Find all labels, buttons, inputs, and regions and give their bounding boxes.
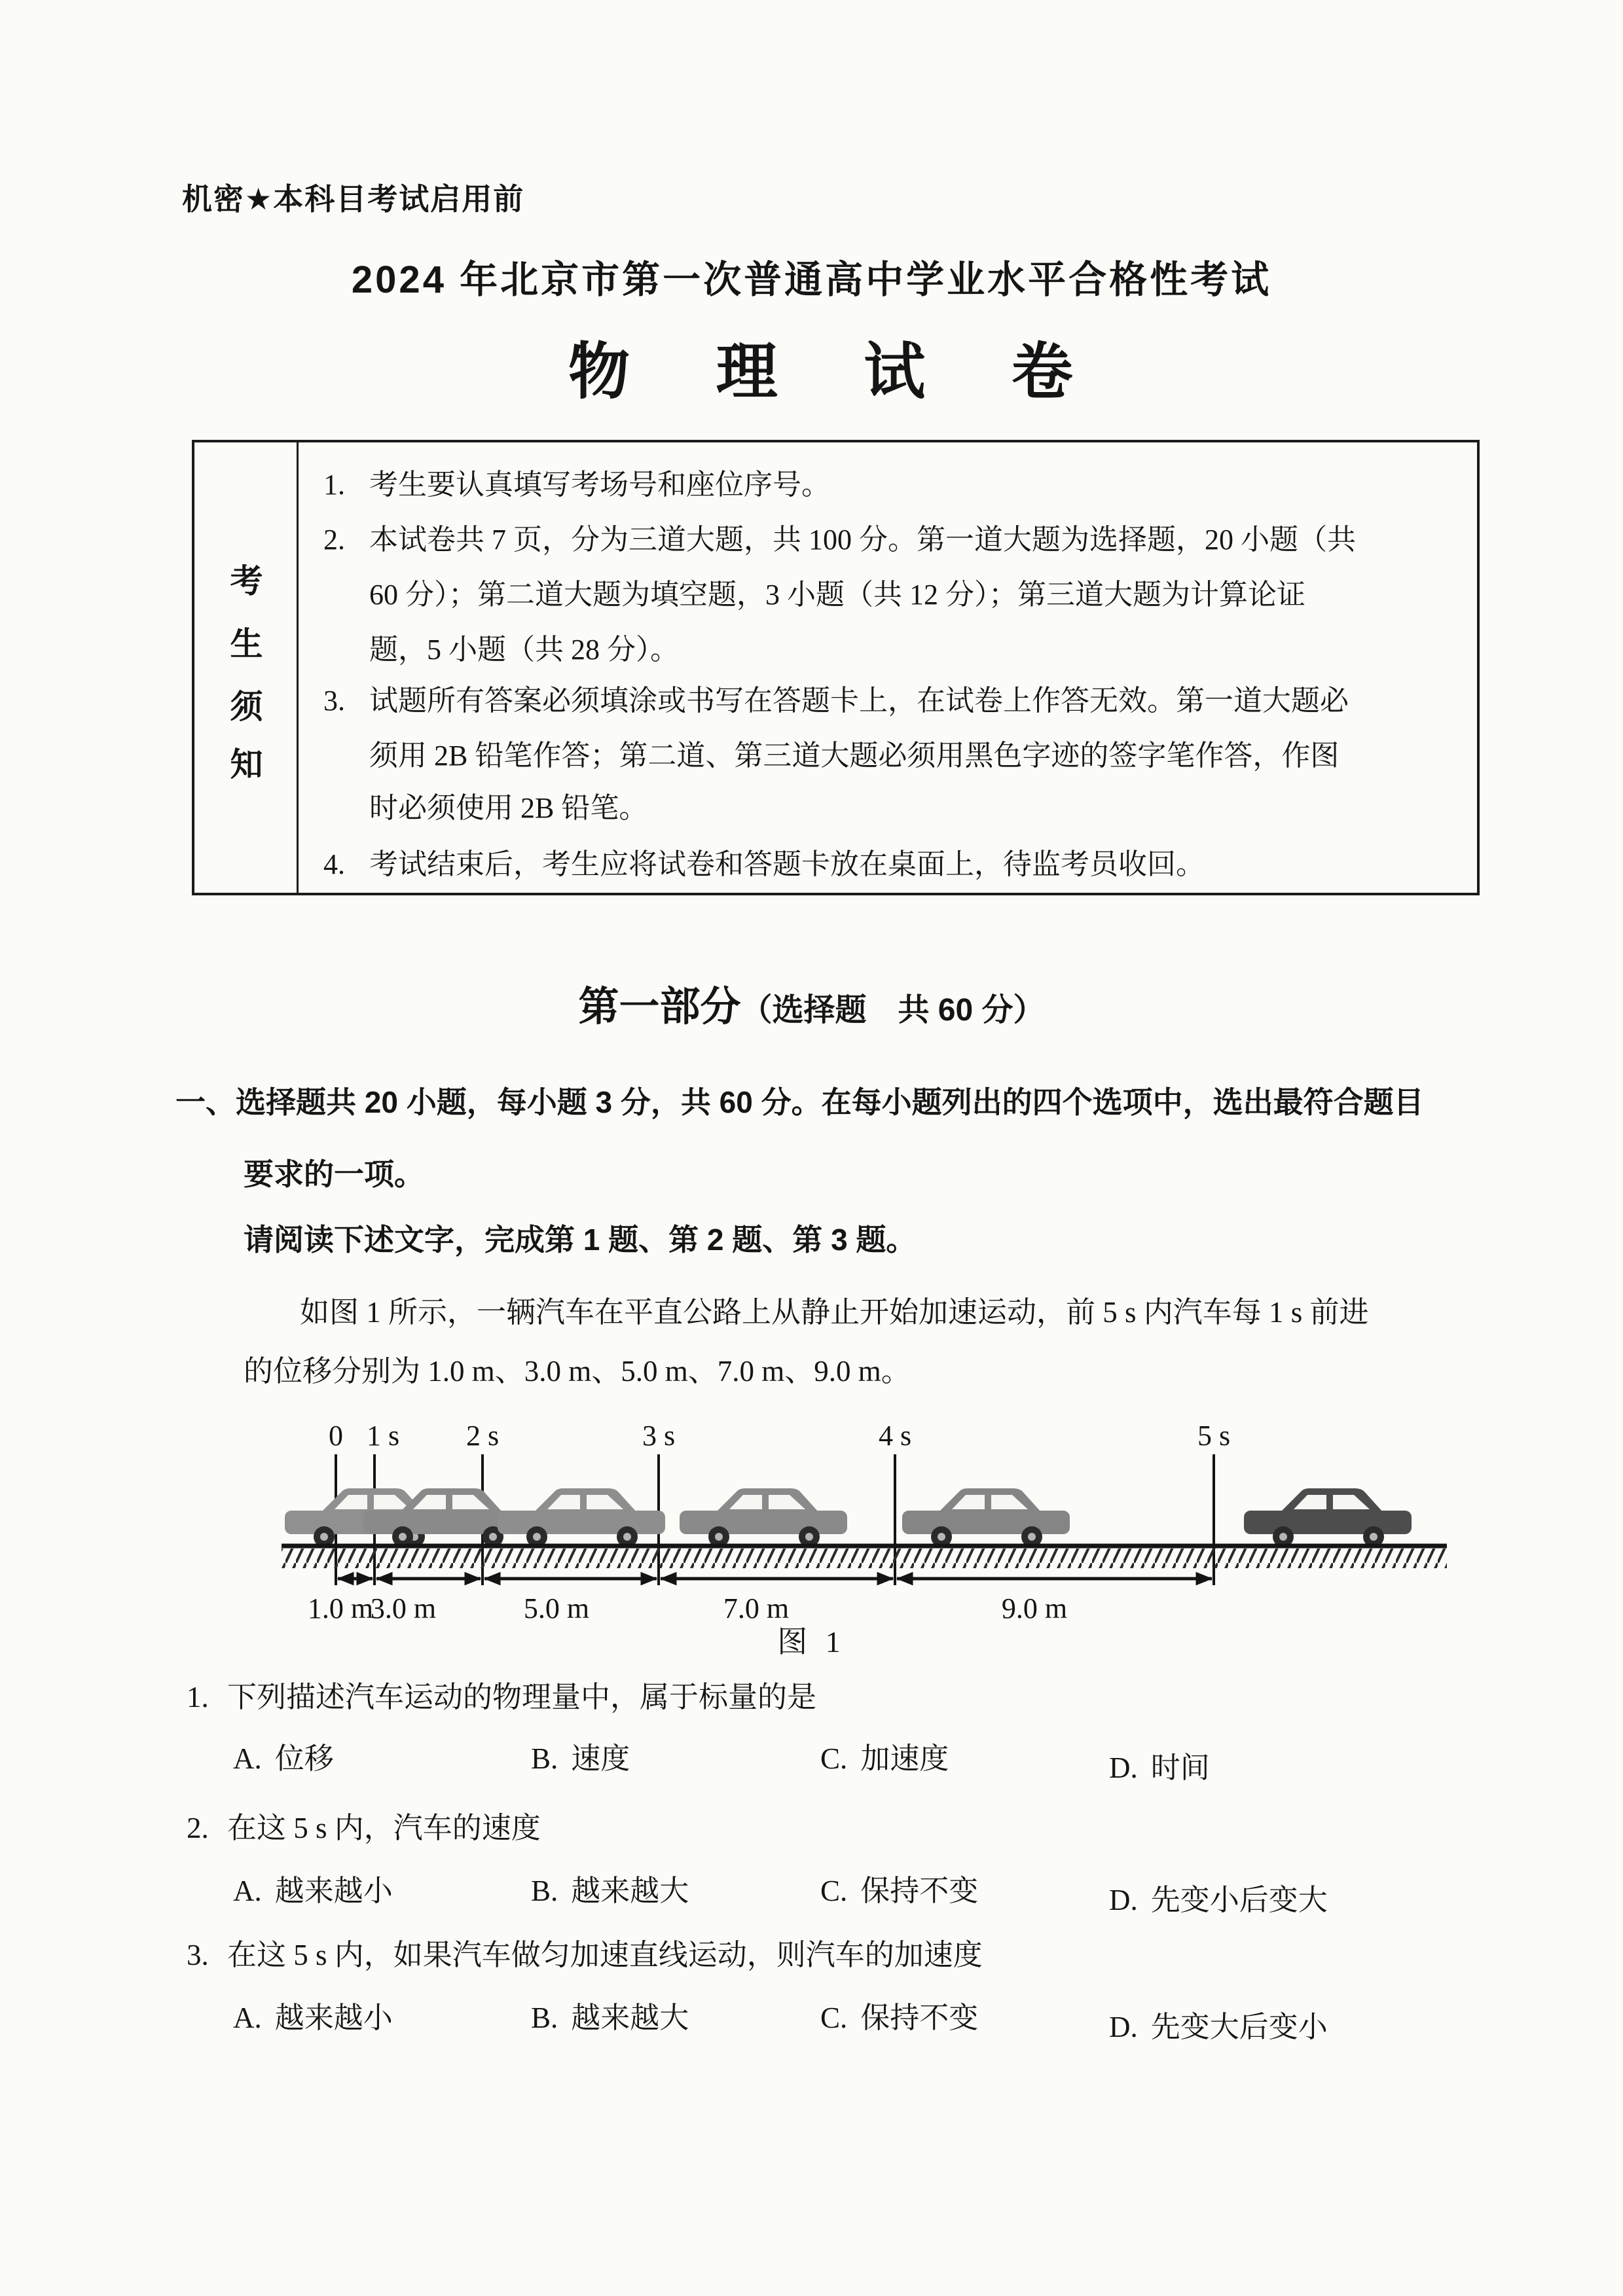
notice-item-text: 本试卷共 7 页，分为三道大题，共 100 分。第一道大题为选择题，20 小题（… — [369, 524, 1356, 556]
exam-title: 2024 年北京市第一次普通高中学业水平合格性考试 — [0, 249, 1623, 304]
option-label: D. — [1109, 2010, 1138, 2044]
option-label: A. — [233, 1874, 262, 1908]
part1-heading-main: 第一部分 — [578, 984, 740, 1030]
notice-item-3-cont: 须用 2B 铅笔作答；第二道、第三道大题必须用黑色字迹的签字笔作答，作图 — [369, 732, 1339, 774]
notice-item-1: 1.考生要认真填写考场号和座位序号。 — [323, 461, 830, 503]
option-label: D. — [1109, 1883, 1138, 1917]
question-1: 1.下列描述汽车运动的物理量中，属于标量的是 — [187, 1673, 816, 1715]
notice-item-2-cont: 60 分）；第二道大题为填空题，3 小题（共 12 分）；第三道大题为计算论证 — [369, 571, 1305, 613]
section-intro-line: 一、选择题共 20 小题，每小题 3 分，共 60 分。在每小题列出的四个选项中… — [175, 1079, 1424, 1122]
option-text: 越来越大 — [571, 2001, 689, 2034]
time-label-2s: 2 s — [466, 1420, 499, 1452]
option-text: 越来越小 — [275, 1874, 393, 1907]
notice-side-char: 须 — [194, 681, 299, 728]
option-label: B. — [531, 1874, 558, 1908]
option-label: C. — [820, 1874, 847, 1908]
option-label: C. — [820, 2001, 847, 2035]
passage-line: 的位移分别为 1.0 m、3.0 m、5.0 m、7.0 m、9.0 m。 — [244, 1347, 911, 1390]
notice-item-3-cont: 时必须使用 2B 铅笔。 — [369, 784, 647, 826]
option-text: 时间 — [1151, 1751, 1210, 1784]
option-label: B. — [531, 2001, 558, 2035]
option-label: C. — [820, 1742, 847, 1776]
question-3-option-a: A.越来越小 — [233, 1994, 393, 2036]
question-2: 2.在这 5 s 内，汽车的速度 — [187, 1804, 541, 1846]
notice-item-number: 2. — [323, 523, 369, 556]
question-number: 2. — [187, 1811, 227, 1845]
option-text: 先变大后变小 — [1151, 2011, 1328, 2043]
notice-item-number: 4. — [323, 848, 369, 881]
part1-heading-suffix: （选择题 共 60 分） — [740, 993, 1044, 1028]
option-text: 位移 — [275, 1742, 334, 1775]
time-label-0s: 0 — [329, 1420, 343, 1452]
question-3-option-c: C.保持不变 — [820, 1994, 978, 2036]
notice-side-char: 考 — [194, 555, 299, 602]
passage-line: 如图 1 所示，一辆汽车在平直公路上从静止开始加速运动，前 5 s 内汽车每 1… — [300, 1288, 1369, 1331]
question-2-option-b: B.越来越大 — [531, 1867, 689, 1909]
figure-1: 0 1 s 2 s 3 s 4 s 5 s — [275, 1407, 1453, 1630]
question-text: 在这 5 s 内，如果汽车做匀加速直线运动，则汽车的加速度 — [227, 1939, 983, 1971]
option-text: 越来越大 — [571, 1874, 689, 1907]
option-text: 保持不变 — [860, 1874, 978, 1907]
notice-side-char: 生 — [194, 618, 299, 665]
car-icon — [498, 1488, 665, 1547]
question-2-option-c: C.保持不变 — [820, 1867, 978, 1909]
notice-side-char: 知 — [194, 738, 299, 785]
option-text: 越来越小 — [275, 2001, 393, 2034]
option-text: 加速度 — [860, 1742, 949, 1775]
section-intro-line: 要求的一项。 — [244, 1151, 424, 1194]
question-1-option-d: D.时间 — [1109, 1744, 1210, 1786]
subject-title: 物理试卷 — [568, 322, 1159, 410]
notice-item-text: 考生要认真填写考场号和座位序号。 — [369, 469, 830, 501]
car-icon — [680, 1488, 847, 1547]
time-label-1s: 1 s — [367, 1420, 399, 1452]
notice-item-2-cont: 题，5 小题（共 28 分）。 — [369, 626, 679, 668]
option-text: 保持不变 — [860, 2001, 978, 2034]
notice-item-text: 试题所有答案必须填涂或书写在答题卡上，在试卷上作答无效。第一道大题必 — [369, 685, 1349, 717]
road-hatching — [282, 1549, 1447, 1568]
option-label: D. — [1109, 1751, 1138, 1785]
notice-item-2: 2.本试卷共 7 页，分为三道大题，共 100 分。第一道大题为选择题，20 小… — [323, 516, 1356, 558]
candidate-notice-box: 考 生 须 知 1.考生要认真填写考场号和座位序号。 2.本试卷共 7 页，分为… — [192, 440, 1480, 895]
car-icon-final — [1244, 1488, 1412, 1547]
time-label-5s: 5 s — [1197, 1420, 1230, 1452]
car-icon — [902, 1488, 1070, 1547]
security-classification: 机密★本科目考试启用前 — [182, 175, 524, 219]
question-2-option-d: D.先变小后变大 — [1109, 1876, 1328, 1918]
question-1-option-a: A.位移 — [233, 1734, 334, 1777]
car-motion-diagram: 0 1 s 2 s 3 s 4 s 5 s — [275, 1407, 1453, 1630]
option-label: B. — [531, 1742, 558, 1776]
question-1-option-c: C.加速度 — [820, 1734, 949, 1777]
option-label: A. — [233, 2001, 262, 2035]
question-3-option-b: B.越来越大 — [531, 1994, 689, 2036]
question-1-option-b: B.速度 — [531, 1734, 630, 1777]
time-label-4s: 4 s — [879, 1420, 911, 1452]
question-2-option-a: A.越来越小 — [233, 1867, 393, 1909]
option-label: A. — [233, 1742, 262, 1776]
part1-heading: 第一部分（选择题 共 60 分） — [0, 974, 1623, 1032]
question-3: 3.在这 5 s 内，如果汽车做匀加速直线运动，则汽车的加速度 — [187, 1931, 983, 1973]
notice-side-label: 考 生 须 知 — [194, 442, 299, 893]
question-number: 3. — [187, 1938, 227, 1972]
figure-caption: 图 1 — [0, 1618, 1623, 1661]
question-3-option-d: D.先变大后变小 — [1109, 2003, 1328, 2045]
question-text: 下列描述汽车运动的物理量中，属于标量的是 — [227, 1681, 816, 1713]
notice-item-3: 3.试题所有答案必须填涂或书写在答题卡上，在试卷上作答无效。第一道大题必 — [323, 677, 1349, 719]
time-label-3s: 3 s — [642, 1420, 675, 1452]
notice-item-number: 1. — [323, 468, 369, 501]
notice-item-4: 4.考试结束后，考生应将试卷和答题卡放在桌面上，待监考员收回。 — [323, 840, 1205, 882]
notice-item-text: 考试结束后，考生应将试卷和答题卡放在桌面上，待监考员收回。 — [369, 848, 1205, 880]
option-text: 先变小后变大 — [1151, 1884, 1328, 1916]
question-text: 在这 5 s 内，汽车的速度 — [227, 1812, 541, 1844]
reading-note: 请阅读下述文字，完成第 1 题、第 2 题、第 3 题。 — [244, 1216, 916, 1259]
question-number: 1. — [187, 1680, 227, 1714]
notice-item-number: 3. — [323, 684, 369, 717]
option-text: 速度 — [571, 1742, 630, 1775]
